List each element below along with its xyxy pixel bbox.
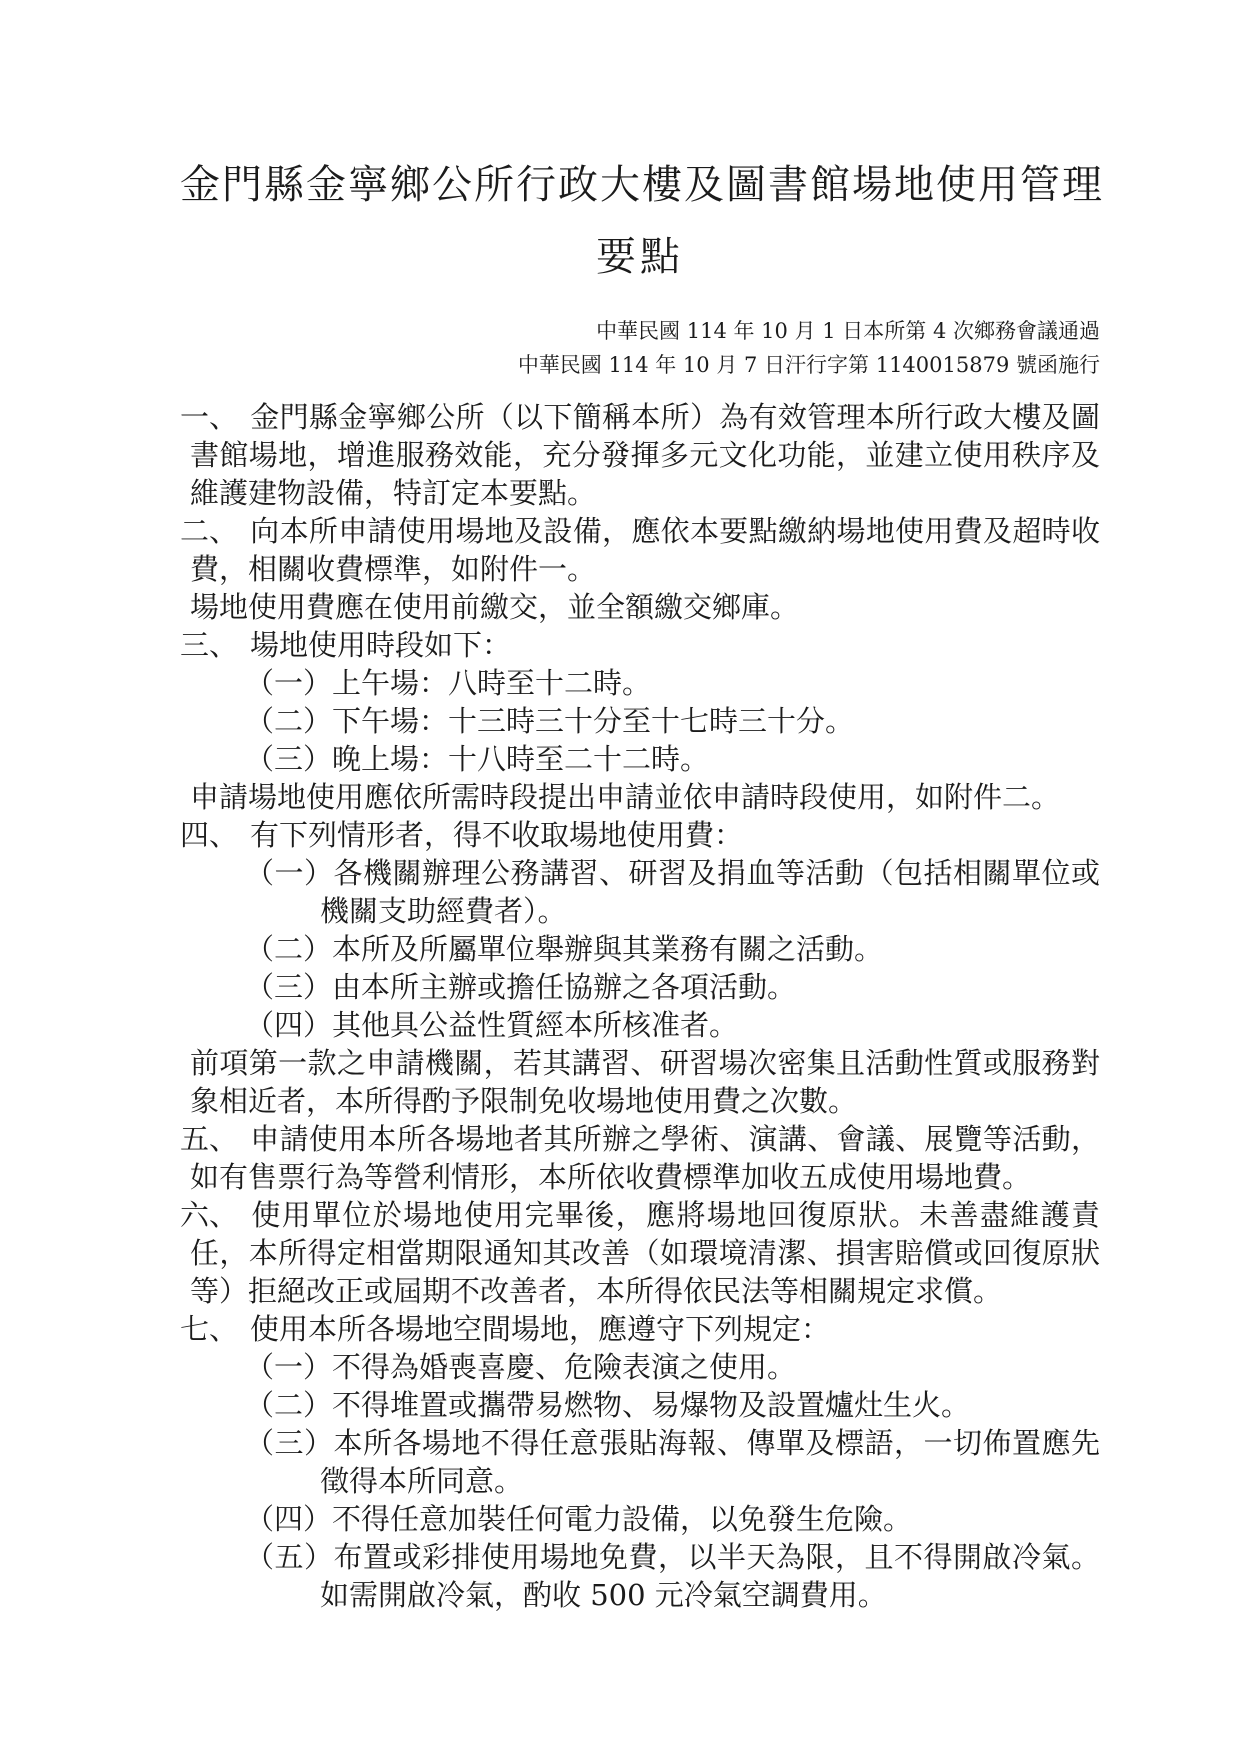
doc-body: 一、金門縣金寧鄉公所（以下簡稱本所）為有效管理本所行政大樓及圖書館場地，增進服務… bbox=[180, 398, 1100, 1614]
sub-item-marker: （一） bbox=[245, 856, 334, 890]
list-item-3: 三、場地使用時段如下： （一）上午場：八時至十二時。 （二）下午場：十三時三十分… bbox=[180, 626, 1100, 816]
sub-item: （三）本所各場地不得任意張貼海報、傳單及標語，一切佈置應先徵得本所同意。 bbox=[245, 1424, 1100, 1500]
item-number: 二、 bbox=[180, 512, 250, 550]
list-item-4: 四、有下列情形者，得不收取場地使用費： （一）各機關辦理公務講習、研習及捐血等活… bbox=[180, 816, 1100, 1120]
sub-item-marker: （三） bbox=[245, 970, 332, 1004]
sub-item: （五）布置或彩排使用場地免費，以半天為限，且不得開啟冷氣。如需開啟冷氣，酌收 5… bbox=[245, 1538, 1100, 1614]
approval-line-1: 中華民國 114 年 10 月 1 日本所第 4 次鄉務會議通過 bbox=[180, 314, 1100, 348]
sub-item: （一）不得為婚喪喜慶、危險表演之使用。 bbox=[245, 1348, 1100, 1386]
list-item-2: 二、向本所申請使用場地及設備，應依本要點繳納場地使用費及超時收費，相關收費標準，… bbox=[180, 512, 1100, 626]
list-item-5: 五、申請使用本所各場地者其所辦之學術、演講、會議、展覽等活動，如有售票行為等營利… bbox=[180, 1120, 1100, 1196]
item-number: 七、 bbox=[180, 1310, 250, 1348]
sub-item-text: 其他具公益性質經本所核准者。 bbox=[332, 1008, 738, 1042]
item-text: 使用單位於場地使用完畢後，應將場地回復原狀。未善盡維護責任，本所得定相當期限通知… bbox=[190, 1198, 1100, 1308]
item-paragraph: 一、金門縣金寧鄉公所（以下簡稱本所）為有效管理本所行政大樓及圖書館場地，增進服務… bbox=[180, 398, 1100, 512]
list-item-7: 七、使用本所各場地空間場地，應遵守下列規定： （一）不得為婚喪喜慶、危險表演之使… bbox=[180, 1310, 1100, 1614]
sub-item-text: 晚上場：十八時至二十二時。 bbox=[332, 742, 709, 776]
sub-item-text: 不得堆置或攜帶易燃物、易爆物及設置爐灶生火。 bbox=[332, 1388, 970, 1422]
item-paragraph: 五、申請使用本所各場地者其所辦之學術、演講、會議、展覽等活動，如有售票行為等營利… bbox=[180, 1120, 1100, 1196]
item-text: 場地使用時段如下： bbox=[250, 628, 511, 662]
sub-item-text: 下午場：十三時三十分至十七時三十分。 bbox=[332, 704, 854, 738]
sub-item: （四）不得任意加裝任何電力設備，以免發生危險。 bbox=[245, 1500, 1100, 1538]
sub-item-marker: （二） bbox=[245, 704, 332, 738]
sub-item-text: 由本所主辦或擔任協辦之各項活動。 bbox=[332, 970, 796, 1004]
sub-item: （四）其他具公益性質經本所核准者。 bbox=[245, 1006, 1100, 1044]
item-number: 三、 bbox=[180, 626, 250, 664]
sub-item-marker: （二） bbox=[245, 1388, 332, 1422]
sub-item-marker: （三） bbox=[245, 742, 332, 776]
item-paragraph: 六、使用單位於場地使用完畢後，應將場地回復原狀。未善盡維護責任，本所得定相當期限… bbox=[180, 1196, 1100, 1310]
sub-item-marker: （一） bbox=[245, 666, 332, 700]
approval-block: 中華民國 114 年 10 月 1 日本所第 4 次鄉務會議通過 中華民國 11… bbox=[180, 314, 1100, 382]
item-text: 金門縣金寧鄉公所（以下簡稱本所）為有效管理本所行政大樓及圖書館場地，增進服務效能… bbox=[190, 400, 1100, 510]
sub-item-marker: （四） bbox=[245, 1008, 332, 1042]
sub-item-text: 布置或彩排使用場地免費，以半天為限，且不得開啟冷氣。如需開啟冷氣，酌收 500 … bbox=[320, 1540, 1100, 1612]
item-number: 六、 bbox=[180, 1196, 250, 1234]
item-paragraph: 七、使用本所各場地空間場地，應遵守下列規定： bbox=[180, 1310, 1100, 1348]
sub-item: （二）本所及所屬單位舉辦與其業務有關之活動。 bbox=[245, 930, 1100, 968]
sub-item-text: 上午場：八時至十二時。 bbox=[332, 666, 651, 700]
sub-item: （三）由本所主辦或擔任協辦之各項活動。 bbox=[245, 968, 1100, 1006]
item-text: 向本所申請使用場地及設備，應依本要點繳納場地使用費及超時收費，相關收費標準，如附… bbox=[190, 514, 1100, 586]
item-number: 一、 bbox=[180, 398, 250, 436]
item-paragraph: 二、向本所申請使用場地及設備，應依本要點繳納場地使用費及超時收費，相關收費標準，… bbox=[180, 512, 1100, 588]
item-paragraph: 四、有下列情形者，得不收取場地使用費： bbox=[180, 816, 1100, 854]
sub-item-marker: （二） bbox=[245, 932, 332, 966]
sub-item: （三）晚上場：十八時至二十二時。 bbox=[245, 740, 1100, 778]
sub-item-text: 本所及所屬單位舉辦與其業務有關之活動。 bbox=[332, 932, 883, 966]
list-item-6: 六、使用單位於場地使用完畢後，應將場地回復原狀。未善盡維護責任，本所得定相當期限… bbox=[180, 1196, 1100, 1310]
sub-item-marker: （五） bbox=[245, 1540, 334, 1574]
sub-item-marker: （四） bbox=[245, 1502, 332, 1536]
item-number: 四、 bbox=[180, 816, 250, 854]
item-text: 申請使用本所各場地者其所辦之學術、演講、會議、展覽等活動，如有售票行為等營利情形… bbox=[190, 1122, 1100, 1194]
item-text: 使用本所各場地空間場地，應遵守下列規定： bbox=[250, 1312, 830, 1346]
document-page: 金門縣金寧鄉公所行政大樓及圖書館場地使用管理 要點 中華民國 114 年 10 … bbox=[0, 0, 1240, 1754]
sub-item: （一）各機關辦理公務講習、研習及捐血等活動（包括相關單位或機關支助經費者）。 bbox=[245, 854, 1100, 930]
item-number: 五、 bbox=[180, 1120, 250, 1158]
doc-subtitle: 要點 bbox=[180, 230, 1100, 284]
sub-item-text: 本所各場地不得任意張貼海報、傳單及標語，一切佈置應先徵得本所同意。 bbox=[320, 1426, 1100, 1498]
item-note: 申請場地使用應依所需時段提出申請並依申請時段使用，如附件二。 bbox=[190, 778, 1100, 816]
sub-item-text: 不得為婚喪喜慶、危險表演之使用。 bbox=[332, 1350, 796, 1384]
sub-item-text: 各機關辦理公務講習、研習及捐血等活動（包括相關單位或機關支助經費者）。 bbox=[320, 856, 1100, 928]
item-text: 有下列情形者，得不收取場地使用費： bbox=[250, 818, 743, 852]
sub-item-marker: （三） bbox=[245, 1426, 334, 1460]
sub-item: （二）不得堆置或攜帶易燃物、易爆物及設置爐灶生火。 bbox=[245, 1386, 1100, 1424]
item-paragraph: 三、場地使用時段如下： bbox=[180, 626, 1100, 664]
approval-line-2: 中華民國 114 年 10 月 7 日汗行字第 1140015879 號函施行 bbox=[180, 348, 1100, 382]
sub-item: （二）下午場：十三時三十分至十七時三十分。 bbox=[245, 702, 1100, 740]
item-note: 前項第一款之申請機關，若其講習、研習場次密集且活動性質或服務對象相近者，本所得酌… bbox=[190, 1044, 1100, 1120]
sub-item: （一）上午場：八時至十二時。 bbox=[245, 664, 1100, 702]
sub-item-text: 不得任意加裝任何電力設備，以免發生危險。 bbox=[332, 1502, 912, 1536]
item-note: 場地使用費應在使用前繳交，並全額繳交鄉庫。 bbox=[190, 588, 1100, 626]
sub-item-marker: （一） bbox=[245, 1350, 332, 1384]
list-item-1: 一、金門縣金寧鄉公所（以下簡稱本所）為有效管理本所行政大樓及圖書館場地，增進服務… bbox=[180, 398, 1100, 512]
doc-title: 金門縣金寧鄉公所行政大樓及圖書館場地使用管理 bbox=[180, 158, 1100, 212]
